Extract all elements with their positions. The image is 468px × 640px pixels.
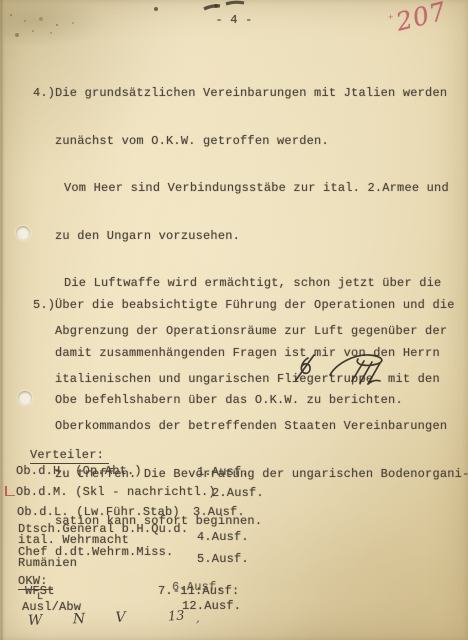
typed-text: Über die beabsichtigte Führung der Opera…	[55, 298, 455, 312]
pencil-number: 13	[167, 608, 185, 624]
item-number: 4.)	[33, 84, 55, 104]
typed-line: 4.)Die grundsätzlichen Vereinbarungen mi…	[33, 84, 463, 104]
distribution-row: Ob.d.H. (Op.Abt.)	[16, 464, 142, 478]
distribution-heading: Verteiler:	[30, 448, 109, 462]
distribution-row: Rumänien	[18, 556, 77, 570]
punch-hole	[18, 391, 32, 405]
overtyped-correction: 6.Ausf.	[172, 580, 224, 594]
punch-hole	[16, 226, 30, 240]
page-edge-shadow	[0, 0, 5, 640]
item-number: 5.)	[33, 296, 55, 316]
copy-number: 1.Ausf.	[197, 465, 249, 479]
typed-line: zu den Ungarn vorzusehen.	[33, 227, 463, 247]
folio-number: 207	[393, 0, 449, 37]
copy-number: 4.Ausf.	[197, 530, 249, 544]
pencil-tick-mark: ,	[196, 611, 200, 625]
typed-line: zunächst vom O.K.W. getroffen werden.	[33, 132, 463, 152]
distribution-row: Ob.d.M. (Skl - nachrichtl.)	[16, 485, 216, 499]
copy-number: 5.Ausf.	[197, 552, 249, 566]
distribution-row: Ob.d.L. (Lw.Führ.Stab)	[17, 505, 180, 519]
folio-plus-mark: +	[388, 13, 393, 23]
copy-number: 2.Ausf.	[212, 486, 264, 500]
typed-line: 5.)Über die beabsichtigte Führung der Op…	[33, 296, 463, 316]
document-page: - 4 - 207 + 4.)Die grundsätzlichen Verei…	[0, 0, 468, 640]
red-check-mark	[5, 486, 15, 496]
typed-text: Die grundsätzlichen Vereinbarungen mit J…	[55, 86, 447, 100]
copy-number: 12.Ausf.	[182, 599, 241, 613]
typed-line: Vom Heer sind Verbindungsstäbe zur ital.…	[33, 179, 463, 199]
pencil-initials: W N V	[28, 609, 139, 629]
heading-text: Verteiler:	[30, 448, 109, 464]
signature-handwriting	[272, 348, 412, 400]
copy-number: 3.Ausf.	[193, 505, 245, 519]
